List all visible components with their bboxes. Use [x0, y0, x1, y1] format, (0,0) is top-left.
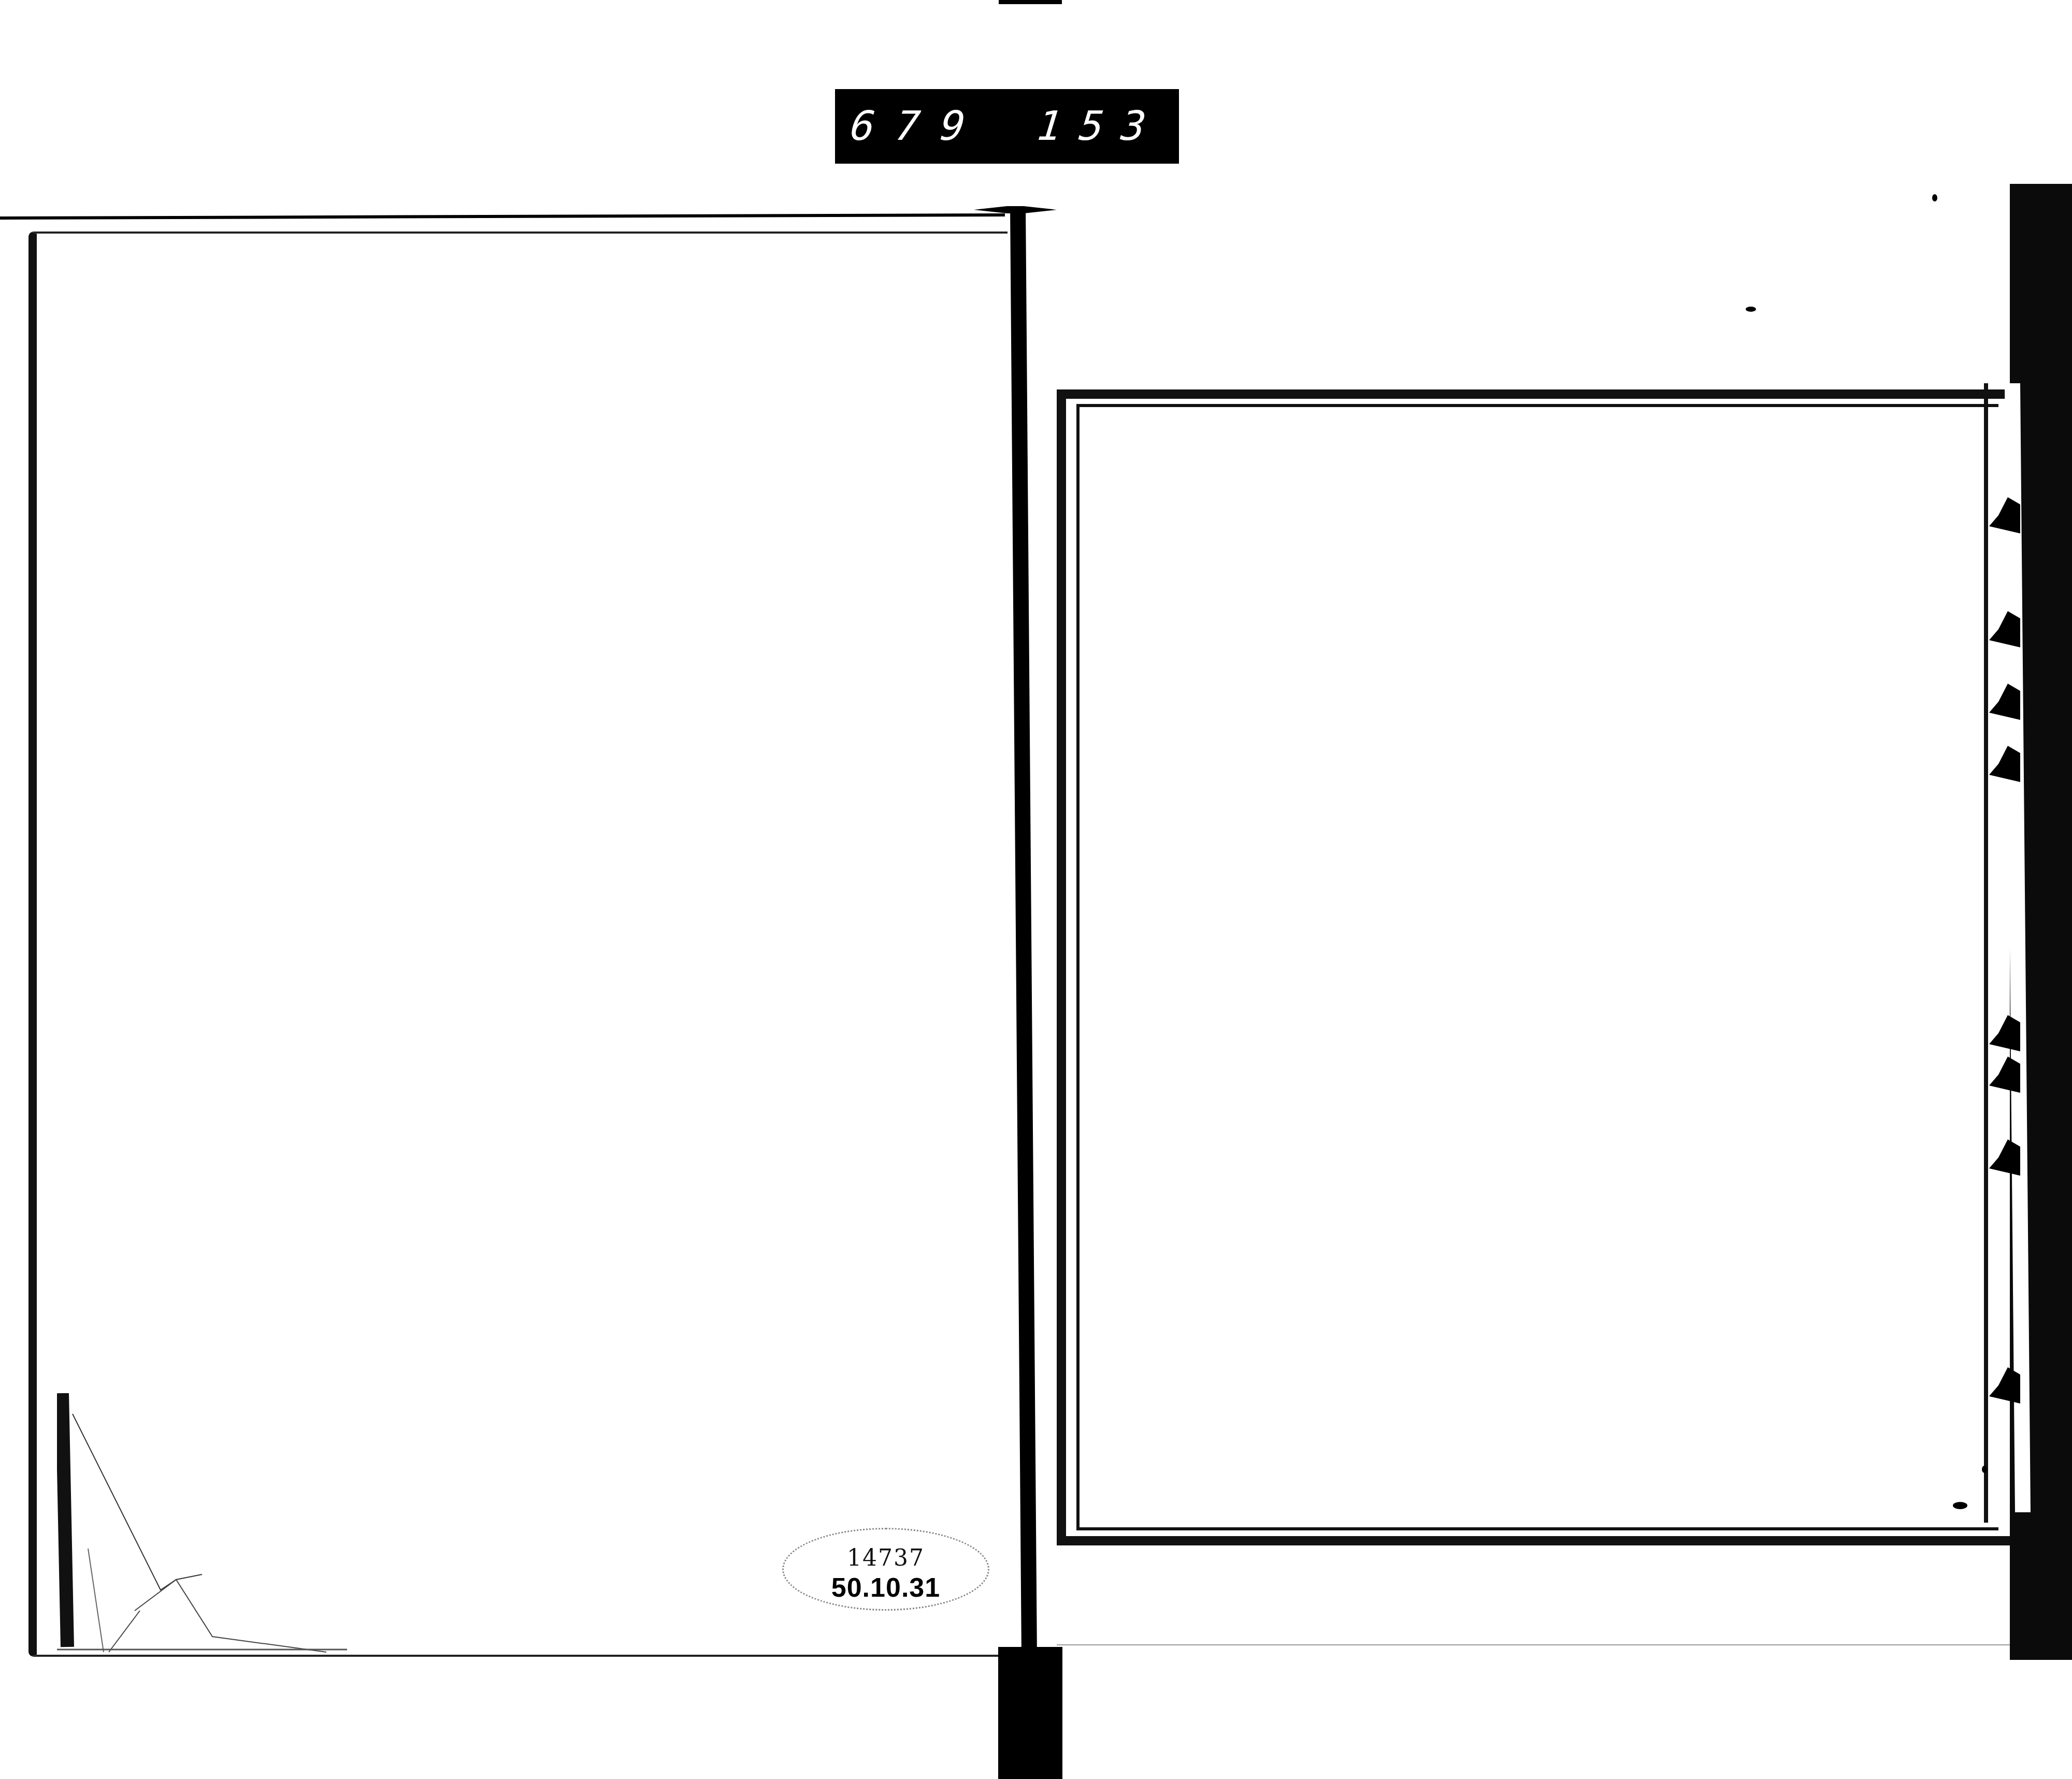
dust-speck: [1953, 1502, 1967, 1509]
page-border-inner-right: [1984, 383, 1988, 1523]
book-spine: [1010, 207, 1037, 1647]
accession-date: 50.10.31: [784, 1572, 988, 1603]
spine-foot: [998, 1647, 1062, 1779]
dust-speck: [1932, 194, 1937, 201]
page-border-inner: [1076, 404, 1998, 1530]
dust-speck: [1982, 1466, 1987, 1473]
frame-counter-left: 679: [848, 103, 988, 150]
film-edge-mark: [999, 0, 1062, 4]
corner-crease-icon: [57, 1393, 347, 1657]
frame-counter-right: 153: [1035, 103, 1165, 150]
frame-counter-label: 679 153: [835, 89, 1179, 164]
accession-stamp: 14737 50.10.31: [782, 1528, 989, 1611]
dust-speck: [1746, 307, 1756, 312]
page-top-edge-left: [0, 213, 1005, 220]
accession-number: 14737: [784, 1545, 988, 1571]
page-bottom-edge-right: [1057, 1644, 2031, 1645]
